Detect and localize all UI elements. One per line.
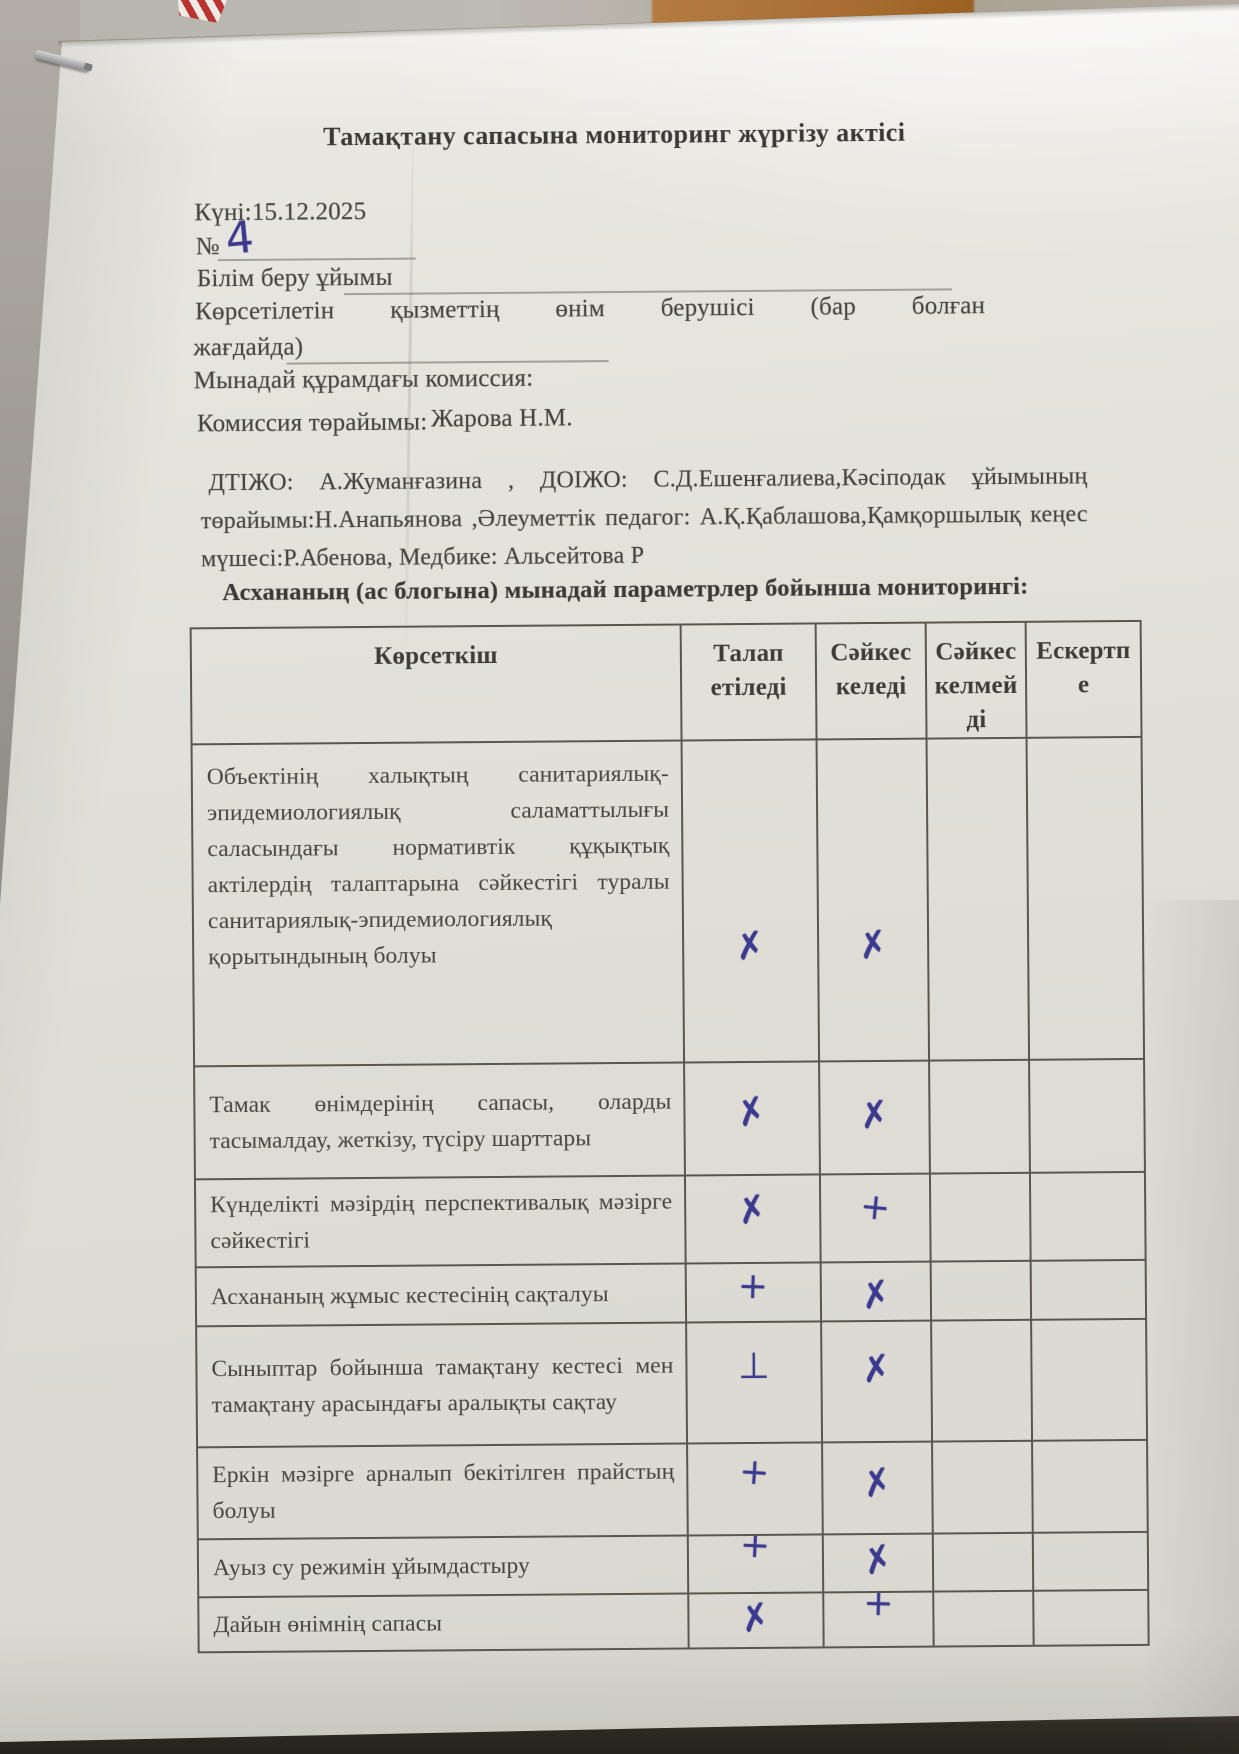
noncompliant-cell xyxy=(927,738,1030,1061)
number-underline xyxy=(218,258,416,262)
required-mark-cell: + xyxy=(686,1262,821,1322)
handwritten-x-mark: ✗ xyxy=(859,1349,894,1389)
noncompliant-cell xyxy=(931,1320,1032,1442)
number-value-handwritten: 4 xyxy=(223,212,256,265)
handwritten-plus-mark: + xyxy=(739,1534,771,1564)
header-noncompliant: Сәйкес келмейді xyxy=(926,622,1027,739)
noncompliant-cell xyxy=(933,1591,1033,1647)
required-mark-cell: + xyxy=(687,1442,823,1535)
table-row: Еркін мәзірге арналып бекітілген прайсты… xyxy=(197,1440,1148,1539)
handwritten-x-mark: ✗ xyxy=(859,1463,896,1505)
note-cell xyxy=(1031,1319,1147,1441)
provider-word: қызметтің xyxy=(390,296,500,325)
handwritten-perp-mark: ⊥ xyxy=(738,1348,770,1384)
provider-word: болған xyxy=(912,292,986,321)
compliant-mark-cell: + xyxy=(823,1592,933,1648)
document-content: Тамақтану сапасына мониторинг жүргізу ак… xyxy=(0,0,1239,1754)
commission-intro: Мынадай құрамдағы комиссия: xyxy=(194,365,534,396)
handwritten-x-mark: ✗ xyxy=(855,926,891,967)
indicator-cell: Күнделікті мәзірдің перспективалық мәзір… xyxy=(195,1176,686,1268)
indicator-cell: Объектінің халықтың санитариялық-эпидеми… xyxy=(192,741,685,1067)
table-row: Ауыз су режимін ұйымдастыру + ✗ xyxy=(198,1532,1148,1597)
provider-word: берушісі xyxy=(661,294,755,323)
compliant-mark-cell: ✗ xyxy=(819,1061,930,1175)
monitoring-table: Көрсеткіш Талап етіледі Сәйкес келеді Сә… xyxy=(190,620,1150,1653)
header-note: Ескертпе xyxy=(1026,621,1142,738)
required-mark-cell: + xyxy=(688,1534,823,1593)
note-cell xyxy=(1031,1260,1146,1320)
compliant-mark-cell: ✗ xyxy=(821,1321,932,1443)
provider-word: Көрсетілетін xyxy=(195,297,334,326)
indicator-cell: Ауыз су режимін ұйымдастыру xyxy=(198,1535,688,1597)
handwritten-x-mark: ✗ xyxy=(734,1190,771,1232)
handwritten-x-mark: ✗ xyxy=(857,1095,892,1135)
compliant-mark-cell: + xyxy=(820,1174,931,1263)
table-row: Күнделікті мәзірдің перспективалық мәзір… xyxy=(195,1172,1146,1267)
handwritten-x-mark: ✗ xyxy=(733,927,769,968)
noncompliant-cell xyxy=(929,1060,1030,1174)
date-line: Күні:15.12.2025 xyxy=(194,198,366,227)
provider-underline xyxy=(287,360,609,365)
table-row: Асхананың жұмыс кестесінің сақталуы + ✗ xyxy=(196,1260,1146,1326)
required-mark-cell: ⊥ xyxy=(686,1321,822,1443)
noncompliant-cell xyxy=(930,1173,1031,1262)
indicator-cell: Тамак өнімдерінің сапасы, оларды тасымал… xyxy=(194,1063,685,1180)
noncompliant-cell xyxy=(932,1441,1033,1534)
commission-members-paragraph: ДТІЖО: А.Жуманғазина , ДОІЖО: С.Д.Ешенға… xyxy=(200,457,1088,578)
required-mark-cell: ✗ xyxy=(682,739,820,1062)
organization-label: Білім беру ұйымы xyxy=(197,264,393,294)
handwritten-x-mark: ✗ xyxy=(859,1540,897,1582)
photo-of-document: Тамақтану сапасына мониторинг жүргізу ак… xyxy=(0,0,1239,1754)
note-cell xyxy=(1033,1590,1148,1646)
monitoring-heading: Асхананың (ас блогына) мынадай параметрл… xyxy=(222,573,1028,607)
compliant-mark-cell: ✗ xyxy=(822,1442,933,1535)
compliant-mark-cell: ✗ xyxy=(817,739,930,1062)
handwritten-x-mark: ✗ xyxy=(733,1091,771,1133)
table-header-row: Көрсеткіш Талап етіледі Сәйкес келеді Сә… xyxy=(191,621,1142,744)
note-cell xyxy=(1033,1532,1148,1591)
note-cell xyxy=(1029,1059,1145,1173)
indicator-cell: Сыныптар бойынша тамақтану кестесі мен т… xyxy=(196,1322,687,1447)
table-row: Тамак өнімдерінің сапасы, оларды тасымал… xyxy=(194,1059,1145,1179)
header-compliant: Сәйкес келеді xyxy=(816,623,927,740)
table-row: Сыныптар бойынша тамақтану кестесі мен т… xyxy=(196,1319,1147,1447)
handwritten-x-mark: ✗ xyxy=(737,1598,774,1640)
required-mark-cell: ✗ xyxy=(688,1592,823,1648)
note-cell xyxy=(1032,1440,1148,1533)
compliant-mark-cell: ✗ xyxy=(821,1262,931,1322)
indicator-cell: Дайын өнімнің сапасы xyxy=(198,1593,688,1652)
number-label: № xyxy=(196,233,220,261)
provider-line: Көрсетілетін қызметтің өнім берушісі (ба… xyxy=(195,292,985,326)
indicator-cell: Асхананың жұмыс кестесінің сақталуы xyxy=(196,1263,686,1326)
chair-name: Жарова Н.М. xyxy=(431,404,573,433)
indicator-cell: Еркін мәзірге арналып бекітілген прайсты… xyxy=(197,1443,688,1539)
provider-word: (бар xyxy=(810,293,856,321)
noncompliant-cell xyxy=(931,1261,1031,1321)
required-mark-cell: ✗ xyxy=(684,1061,820,1175)
chair-label: Комиссия төрайымы: xyxy=(197,409,428,439)
note-cell xyxy=(1027,737,1145,1060)
provider-line-tail: жағдайда) xyxy=(193,333,303,362)
compliant-mark-cell: ✗ xyxy=(823,1534,933,1593)
note-cell xyxy=(1030,1172,1146,1261)
header-required: Талап етіледі xyxy=(681,623,817,740)
noncompliant-cell xyxy=(933,1533,1033,1592)
handwritten-plus-mark: + xyxy=(863,1592,894,1622)
document-title: Тамақтану сапасына мониторинг жүргізу ак… xyxy=(323,118,905,153)
handwritten-plus-mark: + xyxy=(858,1189,892,1228)
required-mark-cell: ✗ xyxy=(685,1174,821,1263)
table-row: Объектінің халықтың санитариялық-эпидеми… xyxy=(192,737,1144,1066)
handwritten-plus-mark: + xyxy=(739,1454,771,1492)
table-row: Дайын өнімнің сапасы ✗ + xyxy=(198,1590,1148,1652)
handwritten-plus-mark: + xyxy=(738,1268,769,1305)
provider-word: өнім xyxy=(555,295,605,323)
header-indicator: Көрсеткіш xyxy=(191,625,682,745)
handwritten-x-mark: ✗ xyxy=(858,1275,894,1316)
